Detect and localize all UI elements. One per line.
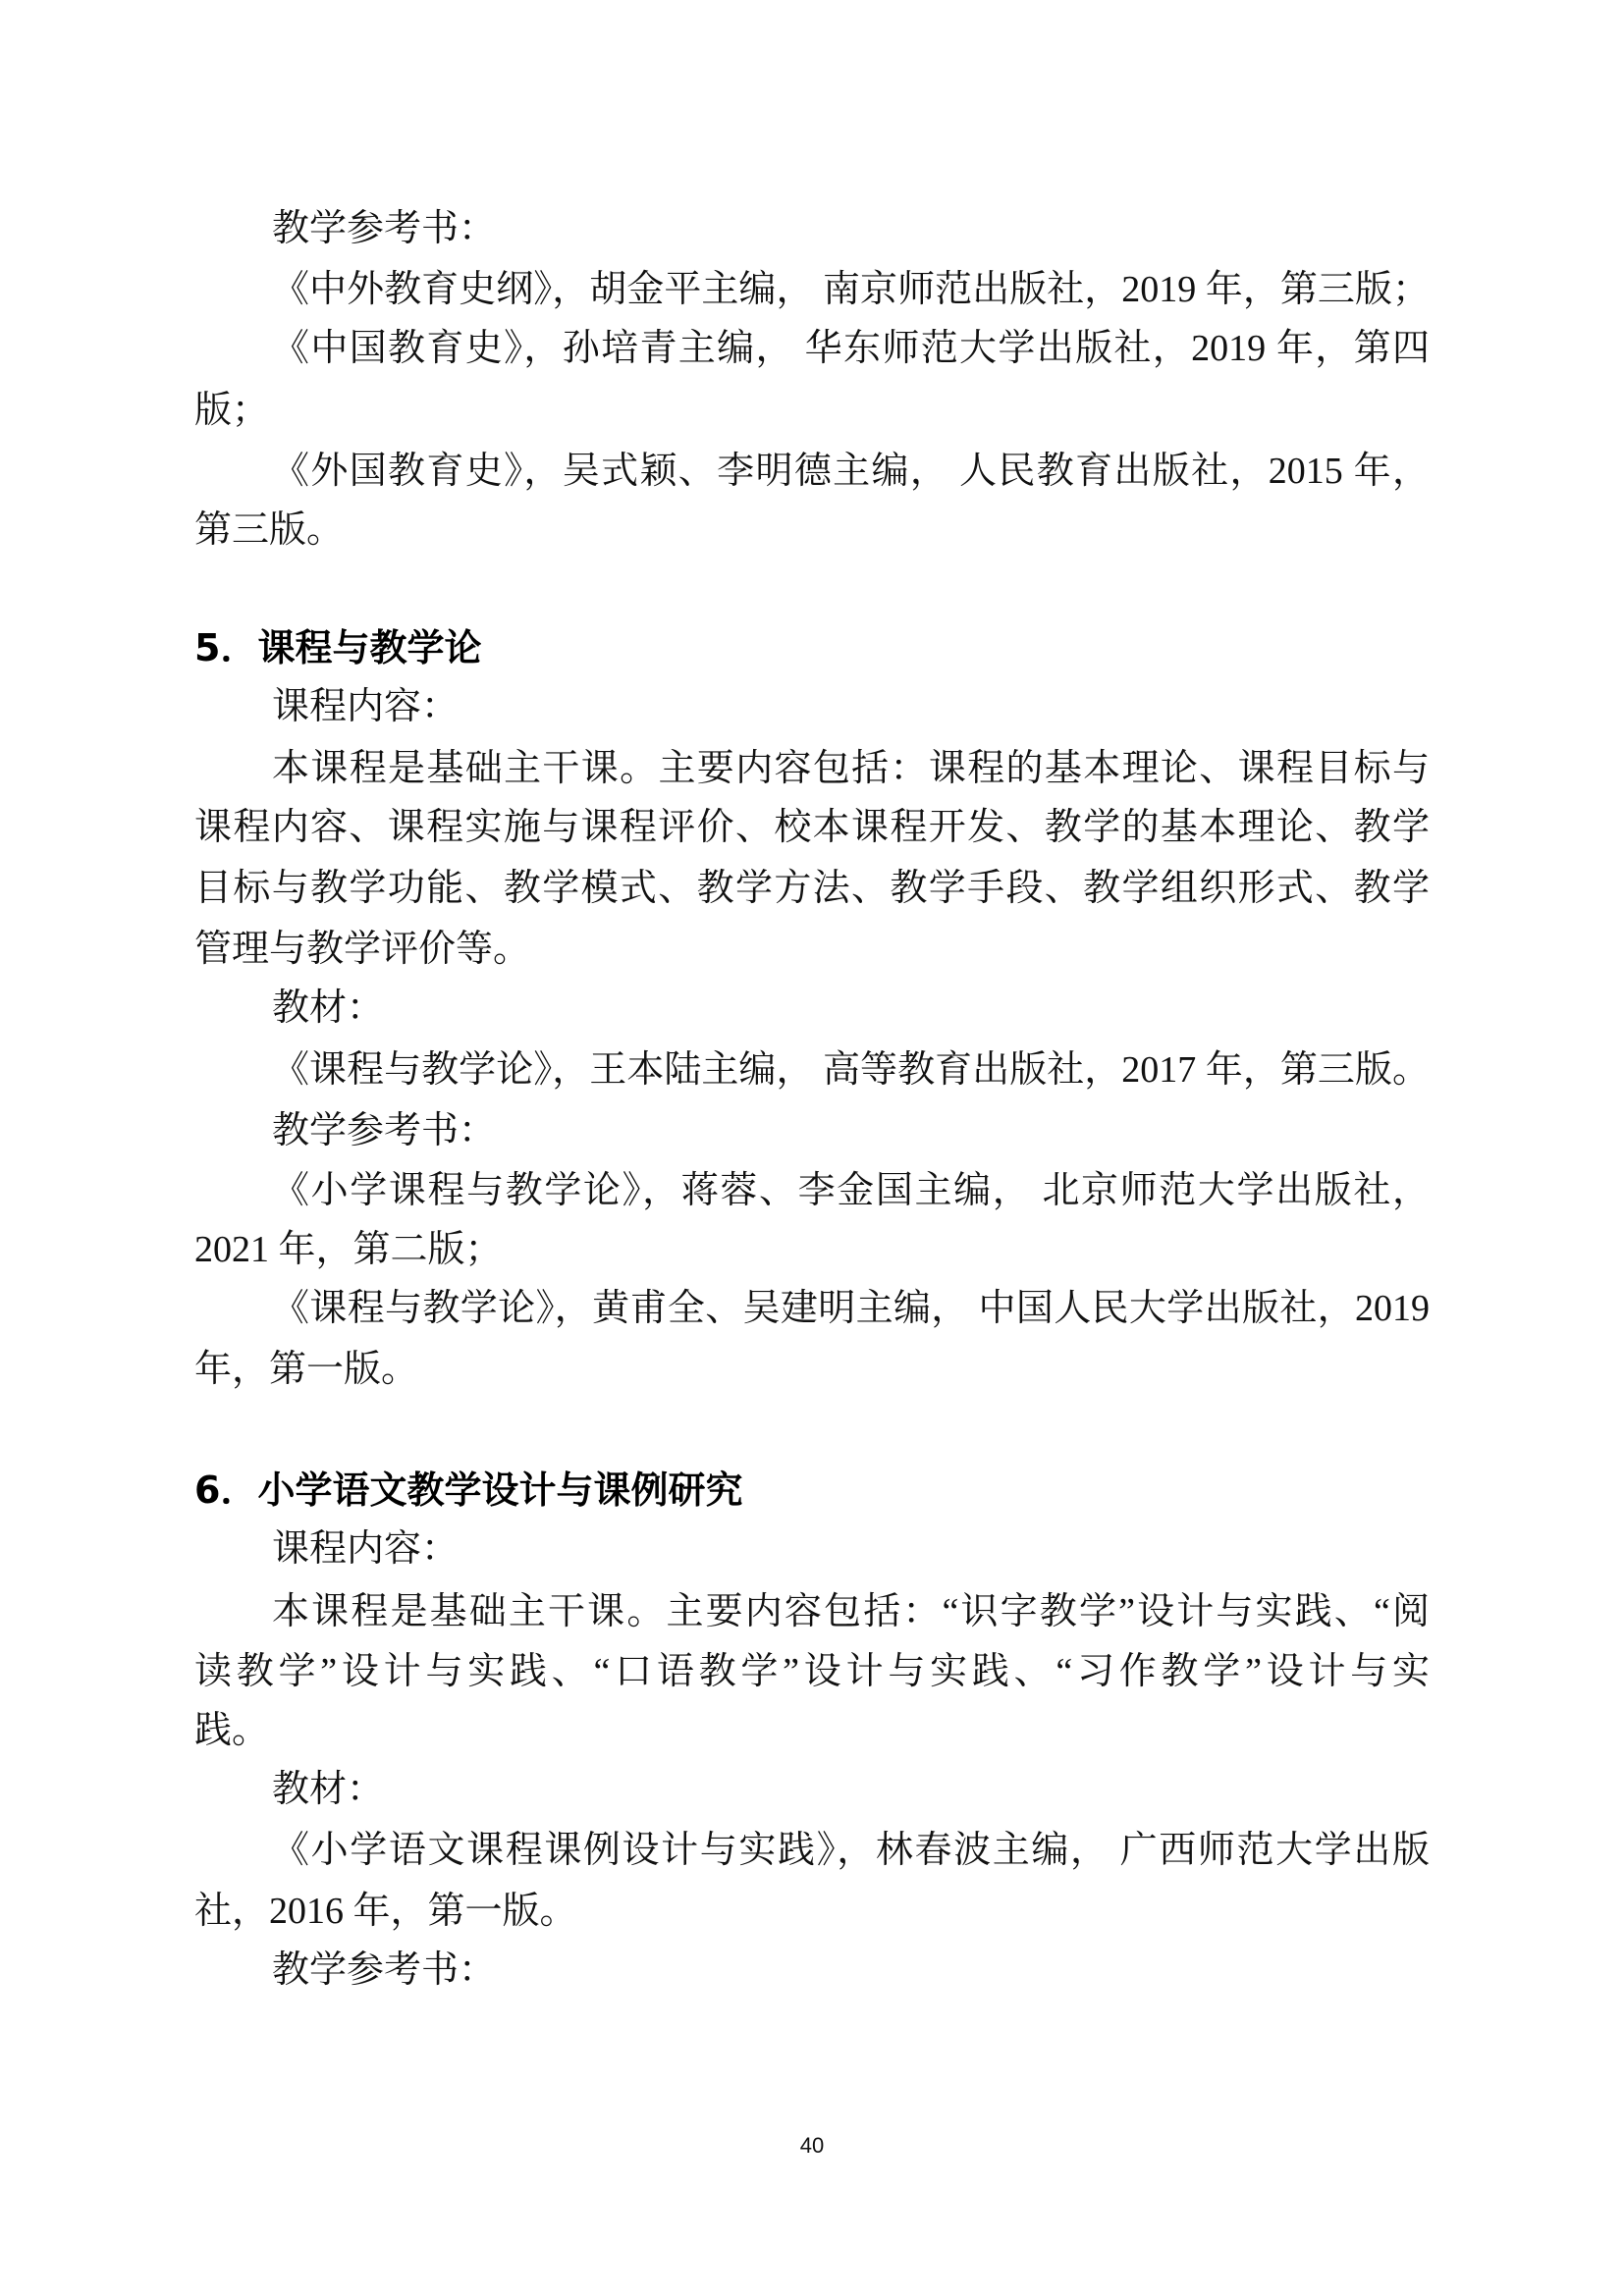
reference-item: 《外国教育史》，吴式颖、李明德主编， 人民教育出版社，2015 年，	[272, 448, 1430, 495]
course-content-text: 本课程是基础主干课。主要内容包括：课程的基本理论、课程目标与	[272, 745, 1430, 792]
course-content-label: 课程内容：	[272, 683, 1430, 730]
reference-item: 《中外教育史纲》，胡金平主编， 南京师范出版社，2019 年，第三版；	[272, 266, 1430, 313]
course-content-text: 管理与教学评价等。	[194, 926, 1430, 973]
reference-item: 《中国教育史》，孙培青主编， 华东师范大学出版社，2019 年，第四	[272, 325, 1430, 372]
course-content-label: 课程内容：	[272, 1525, 1430, 1573]
textbook-item-continuation: 社，2016 年，第一版。	[194, 1888, 1430, 1935]
reference-item-continuation: 版；	[194, 387, 1430, 434]
textbook-item: 《小学语文课程课例设计与实践》，林春波主编， 广西师范大学出版	[272, 1827, 1430, 1874]
reference-item-continuation: 2021 年，第二版；	[194, 1226, 1430, 1273]
references-label: 教学参考书：	[272, 1107, 1430, 1154]
course-content-text: 本课程是基础主干课。主要内容包括：“识字教学”设计与实践、“阅	[272, 1588, 1430, 1635]
reference-item-continuation: 年，第一版。	[194, 1346, 1430, 1393]
references-label: 教学参考书：	[272, 1947, 1430, 1994]
course-content-text: 目标与教学功能、教学模式、教学方法、教学手段、教学组织形式、教学	[194, 865, 1430, 912]
page-number: 40	[763, 2132, 861, 2160]
section-heading: 6．小学语文教学设计与课例研究	[194, 1467, 1430, 1514]
reference-item: 《小学课程与教学论》，蒋蓉、李金国主编， 北京师范大学出版社，	[272, 1167, 1430, 1214]
course-content-text: 践。	[194, 1707, 1430, 1754]
section-heading: 5．课程与教学论	[194, 624, 1430, 671]
reference-item-continuation: 第三版。	[194, 507, 1430, 554]
course-content-text: 课程内容、课程实施与课程评价、校本课程开发、教学的基本理论、教学	[194, 804, 1430, 851]
textbook-item: 《课程与教学论》，王本陆主编， 高等教育出版社，2017 年，第三版。	[272, 1046, 1430, 1094]
course-content-text: 读教学”设计与实践、“口语教学”设计与实践、“习作教学”设计与实	[194, 1648, 1430, 1695]
document-page: 教学参考书： 《中外教育史纲》，胡金平主编， 南京师范出版社，2019 年，第三…	[0, 0, 1624, 2296]
reference-item: 《课程与教学论》，黄甫全、吴建明主编， 中国人民大学出版社，2019	[272, 1285, 1430, 1332]
textbook-label: 教材：	[272, 1766, 1430, 1813]
textbook-label: 教材：	[272, 985, 1430, 1032]
references-label: 教学参考书：	[272, 205, 1430, 252]
